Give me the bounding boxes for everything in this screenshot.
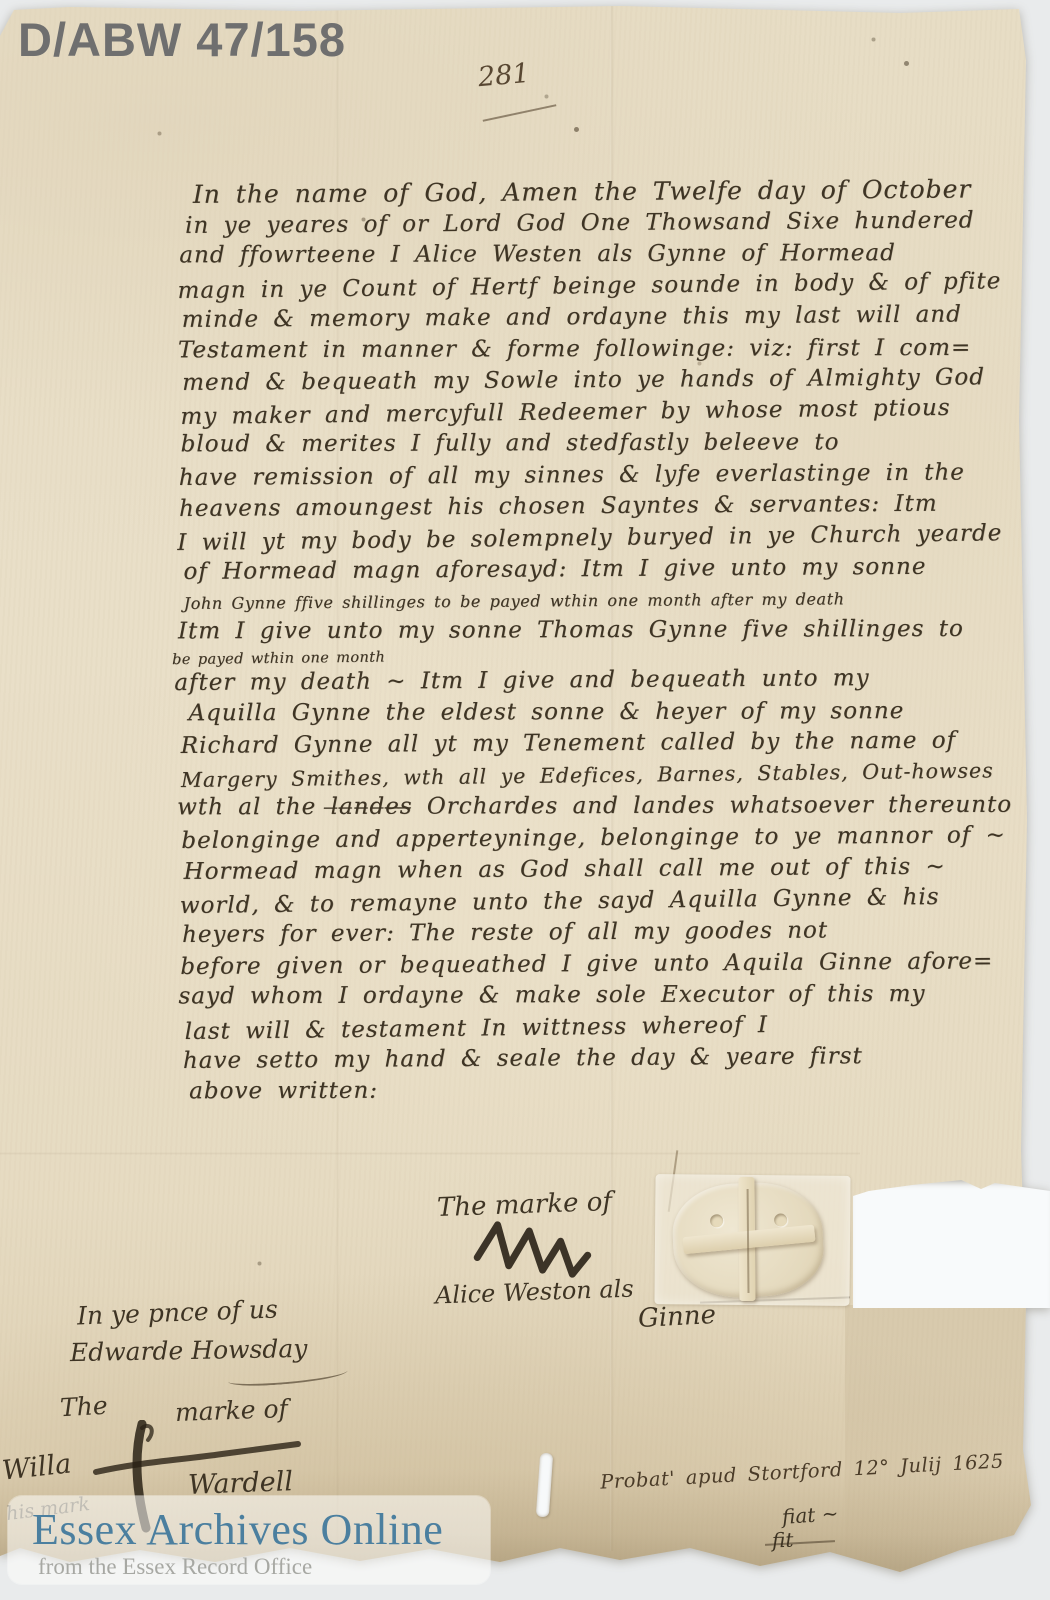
witness2-first-name: Willa xyxy=(1,1448,73,1486)
testator-surname: Ginne xyxy=(637,1300,716,1334)
paper-slit-hole xyxy=(536,1453,553,1518)
archive-reference-label: D/ABW 47/158 xyxy=(18,12,346,67)
manuscript-line: Testament in manner & forme followinge: … xyxy=(178,332,1016,366)
manuscript-line: John Gynne ffive shillinges to be payed … xyxy=(184,583,1018,618)
witness-mark-label: The xyxy=(59,1391,108,1422)
signature-flourish xyxy=(228,1364,349,1388)
witness1-signature: Edwarde Howsday xyxy=(70,1334,308,1367)
testator-name: Alice Weston als xyxy=(435,1275,635,1310)
watermark-title: Essex Archives Online xyxy=(32,1504,443,1555)
paper-corner-shading xyxy=(845,1305,1050,1565)
paper-tear-notch xyxy=(853,1180,1050,1308)
seal-dot xyxy=(774,1213,788,1227)
document-paper: D/ABW 47/158 281 In the name of God, Ame… xyxy=(0,0,1050,1600)
seal-patch xyxy=(654,1174,850,1306)
seal-dot xyxy=(710,1214,724,1228)
scan-background: D/ABW 47/158 281 In the name of God, Ame… xyxy=(0,0,1050,1600)
manuscript-line: above written: xyxy=(189,1073,1021,1107)
document-paper-wrap: D/ABW 47/158 281 In the name of God, Ame… xyxy=(0,0,1050,1600)
manuscript-line: In the name of God, Amen the Twelfe day … xyxy=(193,173,1015,210)
page-number-flourish xyxy=(483,104,557,122)
manuscript-line: Aquilla Gynne the eldest sonne & heyer o… xyxy=(188,695,1018,729)
manuscript-line: in ye yeares of or Lord God One Thowsand… xyxy=(185,205,1015,242)
manuscript-line: bloud & merites I fully and stedfastly b… xyxy=(181,427,1017,461)
testator-mark-icon xyxy=(470,1213,614,1285)
paper-specks xyxy=(0,0,3,3)
page-number: 281 xyxy=(477,58,531,93)
manuscript-line: before given or bequeathed I give unto A… xyxy=(180,946,1020,983)
fold-crease xyxy=(0,1152,860,1155)
probate-note: Probat' apud Stortford 12° Julij 1625 xyxy=(600,1449,1005,1493)
watermark-banner: Essex Archives Online from the Essex Rec… xyxy=(8,1496,490,1584)
manuscript-line: wth al the l̶a̶n̶d̶e̶s̶ Orchardes and la… xyxy=(177,790,1019,824)
probate-fiat: fiat ~ xyxy=(781,1501,839,1529)
watermark-subtitle: from the Essex Record Office xyxy=(38,1554,312,1580)
witness-presence-line: In ye pnce of us xyxy=(77,1295,279,1331)
probate-fit: fit xyxy=(772,1528,794,1553)
wax-seal xyxy=(671,1180,826,1300)
manuscript-text-block: In the name of God, Amen the Twelfe day … xyxy=(185,173,1021,1109)
